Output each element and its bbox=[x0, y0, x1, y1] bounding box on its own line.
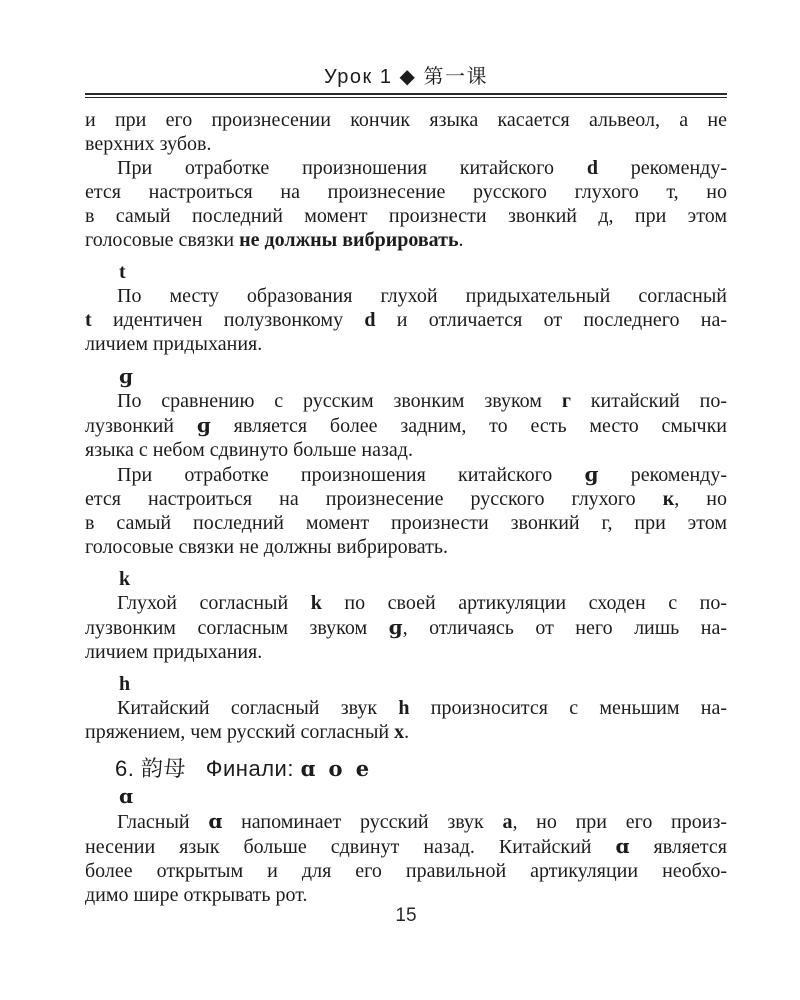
text-line: несении язык больше сдвинут назад. Китай… bbox=[85, 834, 727, 859]
text-run: в самый последний момент произнести звон… bbox=[85, 205, 727, 227]
text-line: При отработке произношения китайского d … bbox=[85, 156, 727, 180]
bold-text-run: не должны вибрировать bbox=[239, 229, 458, 251]
text-run bbox=[343, 756, 356, 781]
text-run: , но bbox=[674, 488, 727, 510]
text-run: в самый последний момент произнести звон… bbox=[85, 512, 727, 534]
page-content: и при его произнесении кончик языка каса… bbox=[85, 108, 727, 907]
text-line: По сравнению с русским звонким звуком г … bbox=[85, 389, 727, 413]
text-run: 6. 韵母 Финали: bbox=[115, 756, 301, 781]
text-line: более открытым и для его правильной арти… bbox=[85, 859, 727, 883]
book-page: Урок 1 ◆ 第一课 и при его произнесении конч… bbox=[0, 0, 800, 1000]
text-run: По месту образования глухой придыхательн… bbox=[117, 285, 727, 307]
bold-text-run: o bbox=[328, 756, 342, 781]
text-run: Китайский согласный звук bbox=[117, 697, 398, 719]
bold-text-run: h bbox=[119, 673, 130, 695]
text-line: По месту образования глухой придыхательн… bbox=[85, 284, 727, 308]
text-run: произносится с меньшим на- bbox=[410, 697, 727, 719]
text-line: Китайский согласный звук h произносится … bbox=[85, 696, 727, 720]
paragraph: Гласный ɑ напоминает русский звук а, но … bbox=[85, 809, 727, 907]
text-line: лузвонким согласным звуком ɡ, отличаясь … bbox=[85, 615, 727, 640]
text-run: языка с небом сдвинуто больше назад. bbox=[85, 439, 413, 461]
text-line: Гласный ɑ напоминает русский звук а, но … bbox=[85, 809, 727, 834]
text-run: по своей артикуляции сходен с по- bbox=[322, 592, 727, 614]
text-run: ется настроиться на произнесение русског… bbox=[85, 181, 727, 203]
text-run: пряжением, чем русский согласный bbox=[85, 721, 394, 743]
pinyin-letter: ɡ bbox=[389, 615, 403, 639]
text-run: ется настроиться на произнесение русског… bbox=[85, 488, 663, 510]
text-run: является bbox=[630, 836, 728, 858]
text-run: идентичен полузвонкому bbox=[92, 309, 365, 331]
text-line: голосовые связки не должны вибрировать. bbox=[85, 228, 727, 252]
text-run: голосовые связки bbox=[85, 229, 239, 251]
text-line: При отработке произношения китайского ɡ … bbox=[85, 462, 727, 487]
bold-text-run: k bbox=[311, 592, 322, 614]
text-run: . bbox=[459, 229, 464, 251]
bold-text-run: х bbox=[394, 721, 404, 743]
text-run: димо шире открывать рот. bbox=[85, 884, 308, 906]
text-run: напоминает русский звук bbox=[222, 811, 502, 833]
bold-text-run: к bbox=[663, 488, 675, 510]
text-line: лузвонкий ɡ является более задним, то ес… bbox=[85, 413, 727, 438]
page-number: 15 bbox=[85, 905, 727, 927]
text-run: лузвонким согласным звуком bbox=[85, 617, 389, 639]
section-heading-finals: 6. 韵母 Финали: ɑ o e bbox=[85, 756, 727, 782]
text-line: ется настроиться на произнесение русског… bbox=[85, 487, 727, 511]
text-run: , но при его произ- bbox=[512, 811, 727, 833]
text-line: языка с небом сдвинуто больше назад. bbox=[85, 438, 727, 462]
text-line: в самый последний момент произнести звон… bbox=[85, 204, 727, 228]
text-run: несении язык больше сдвинут назад. Китай… bbox=[85, 836, 616, 858]
pinyin-letter-heading: t bbox=[85, 260, 727, 284]
text-line: димо шире открывать рот. bbox=[85, 883, 727, 907]
text-line: голосовые связки не должны вибрировать. bbox=[85, 535, 727, 559]
text-run: и отличается от последнего на- bbox=[376, 309, 728, 331]
bold-text-run: г bbox=[562, 390, 571, 412]
pinyin-letter: ɡ bbox=[197, 413, 211, 437]
bold-text-run: d bbox=[587, 157, 598, 179]
text-line: личием придыхания. bbox=[85, 332, 727, 356]
text-line: верхних зубов. bbox=[85, 132, 727, 156]
lesson-header: Урок 1 ◆ 第一课 bbox=[85, 60, 727, 89]
text-line: пряжением, чем русский согласный х. bbox=[85, 720, 727, 744]
text-run: китайский по- bbox=[571, 390, 727, 412]
text-run: По сравнению с русским звонким звуком bbox=[117, 390, 562, 412]
pinyin-letter-heading: ɡ bbox=[85, 364, 727, 389]
text-run: Глухой согласный bbox=[117, 592, 311, 614]
text-line: в самый последний момент произнести звон… bbox=[85, 511, 727, 535]
text-line: Глухой согласный k по своей артикуляции … bbox=[85, 591, 727, 615]
text-run: , отличаясь от него лишь на- bbox=[403, 617, 727, 639]
text-run: и при его произнесении кончик языка каса… bbox=[85, 109, 727, 131]
text-run: верхних зубов. bbox=[85, 133, 211, 155]
pinyin-letter: ɡ bbox=[119, 364, 133, 388]
text-run: является более задним, то есть место смы… bbox=[211, 415, 727, 437]
text-line: личием придыхания. bbox=[85, 640, 727, 664]
paragraph: и при его произнесении кончик языка каса… bbox=[85, 108, 727, 156]
pinyin-letter: ɑ bbox=[301, 756, 316, 781]
bold-text-run: t bbox=[119, 261, 126, 283]
paragraph: При отработке произношения китайского d … bbox=[85, 156, 727, 252]
text-run bbox=[315, 756, 328, 781]
text-run: личием придыхания. bbox=[85, 641, 262, 663]
paragraph: Глухой согласный k по своей артикуляции … bbox=[85, 591, 727, 664]
header-rule bbox=[85, 93, 727, 98]
bold-text-run: k bbox=[119, 568, 130, 590]
pinyin-letter-heading: h bbox=[85, 672, 727, 696]
text-run: более открытым и для его правильной арти… bbox=[85, 860, 727, 882]
bold-text-run: e bbox=[356, 756, 369, 781]
pinyin-letter: ɡ bbox=[585, 462, 599, 486]
text-line: t идентичен полузвонкому d и отличается … bbox=[85, 308, 727, 332]
pinyin-letter: ɑ bbox=[616, 834, 630, 858]
paragraph: При отработке произношения китайского ɡ … bbox=[85, 462, 727, 559]
bold-text-run: h bbox=[398, 697, 409, 719]
text-run: . bbox=[404, 721, 409, 743]
text-run: рекоменду- bbox=[599, 464, 728, 486]
text-run: лузвонкий bbox=[85, 415, 197, 437]
text-run: личием придыхания. bbox=[85, 333, 262, 355]
paragraph: По сравнению с русским звонким звуком г … bbox=[85, 389, 727, 462]
bold-text-run: d bbox=[364, 309, 375, 331]
paragraph: Китайский согласный звук h произносится … bbox=[85, 696, 727, 744]
text-line: и при его произнесении кончик языка каса… bbox=[85, 108, 727, 132]
pinyin-letter-heading: k bbox=[85, 567, 727, 591]
text-line: ется настроиться на произнесение русског… bbox=[85, 180, 727, 204]
paragraph: По месту образования глухой придыхательн… bbox=[85, 284, 727, 356]
bold-text-run: а bbox=[502, 811, 512, 833]
text-run: Гласный bbox=[117, 811, 208, 833]
text-run: рекоменду- bbox=[598, 157, 727, 179]
pinyin-letter: ɑ bbox=[119, 784, 133, 808]
bold-text-run: t bbox=[85, 309, 92, 331]
pinyin-letter: ɑ bbox=[208, 809, 222, 833]
pinyin-letter-heading: ɑ bbox=[85, 784, 727, 809]
text-run: При отработке произношения китайского bbox=[117, 157, 587, 179]
text-run: голосовые связки не должны вибрировать. bbox=[85, 536, 448, 558]
text-run: При отработке произношения китайского bbox=[117, 464, 585, 486]
